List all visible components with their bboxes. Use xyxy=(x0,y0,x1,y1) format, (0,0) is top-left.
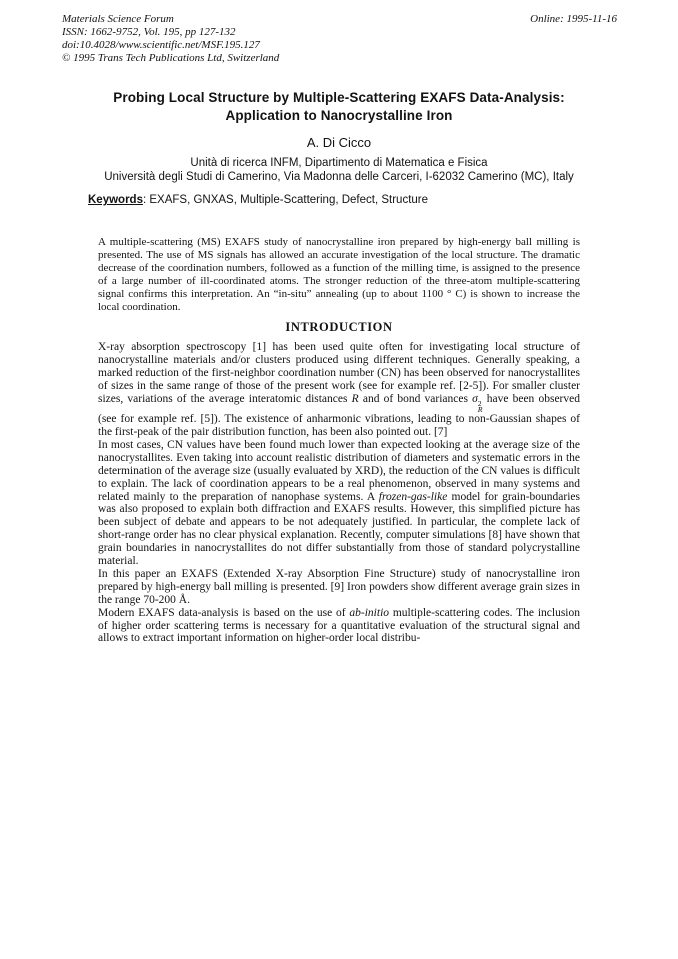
intro-paragraph-4: Modern EXAFS data-analysis is based on t… xyxy=(98,607,580,646)
abstract-text: A multiple-scattering (MS) EXAFS study o… xyxy=(98,236,580,313)
intro-paragraph-3: In this paper an EXAFS (Extended X-ray A… xyxy=(98,568,580,607)
copyright-line: © 1995 Trans Tech Publications Ltd, Swit… xyxy=(62,52,279,65)
affiliation-line2: Università degli Studi di Camerino, Via … xyxy=(0,170,678,184)
keywords-label: Keywords xyxy=(88,194,143,206)
online-date: Online: 1995-11-16 xyxy=(530,13,617,26)
journal-masthead: Materials Science Forum ISSN: 1662-9752,… xyxy=(0,0,678,65)
doi-line: doi:10.4028/www.scientific.net/MSF.195.1… xyxy=(62,39,279,52)
paper-title-line2: Application to Nanocrystalline Iron xyxy=(225,108,452,123)
paper-title-line1: Probing Local Structure by Multiple-Scat… xyxy=(113,90,565,105)
affiliation: Unità di ricerca INFM, Dipartimento di M… xyxy=(0,156,678,184)
masthead-left: Materials Science Forum ISSN: 1662-9752,… xyxy=(62,13,279,65)
intro-paragraph-2: In most cases, CN values have been found… xyxy=(98,439,580,568)
keywords-line: Keywords: EXAFS, GNXAS, Multiple-Scatter… xyxy=(88,193,590,207)
paper-title: Probing Local Structure by Multiple-Scat… xyxy=(60,89,618,125)
journal-title: Materials Science Forum xyxy=(62,13,279,26)
section-heading-introduction: INTRODUCTION xyxy=(0,320,678,335)
author-name: A. Di Cicco xyxy=(0,135,678,150)
issn-line: ISSN: 1662-9752, Vol. 195, pp 127-132 xyxy=(62,26,279,39)
journal-page: Materials Science Forum ISSN: 1662-9752,… xyxy=(0,0,678,959)
affiliation-line1: Unità di ricerca INFM, Dipartimento di M… xyxy=(0,156,678,170)
intro-paragraph-1: X-ray absorption spectroscopy [1] has be… xyxy=(98,341,580,438)
keywords-list: EXAFS, GNXAS, Multiple-Scattering, Defec… xyxy=(149,194,428,206)
